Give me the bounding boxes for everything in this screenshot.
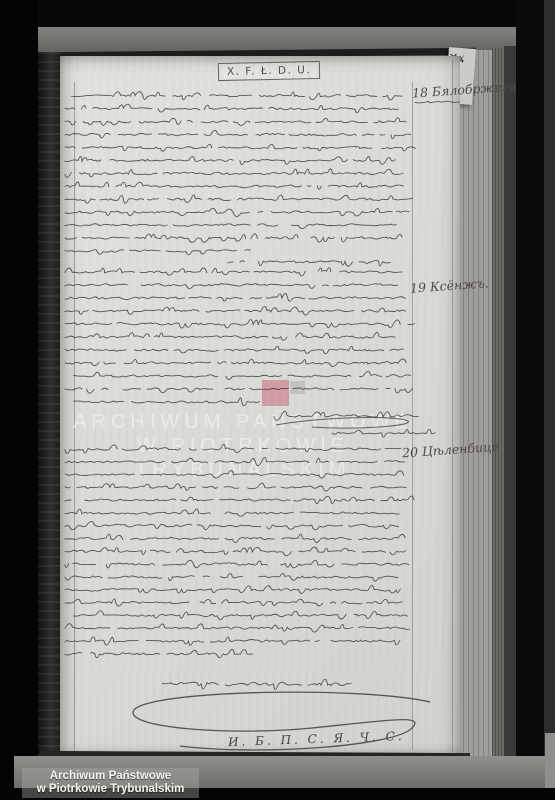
page-stack-edge (458, 50, 492, 756)
handwriting-line (64, 250, 259, 255)
handwriting-line (65, 471, 405, 479)
handwritten-text-ink (60, 56, 460, 756)
handwriting-line (64, 307, 406, 316)
handwriting-line (71, 92, 403, 100)
handwriting-line (64, 195, 413, 203)
handwriting-line (64, 637, 400, 646)
handwriting-line (64, 521, 399, 529)
handwriting-line (64, 560, 409, 568)
handwriting-line (161, 679, 352, 689)
handwriting-line (415, 101, 460, 103)
surface-patch-bottom-right (545, 733, 555, 790)
handwriting-line (64, 234, 402, 243)
handwriting-line (64, 104, 399, 112)
page-stack-edge-dark (492, 48, 504, 758)
handwriting-line (73, 371, 411, 379)
archive-caption-line-1: Archiwum Państwowe (22, 770, 199, 783)
handwriting-line (64, 224, 396, 229)
handwriting-line (65, 599, 403, 606)
handwriting-line (64, 649, 258, 657)
handwriting-line (65, 359, 407, 367)
handwriting-line (64, 483, 406, 491)
handwriting-line (64, 457, 405, 465)
handwriting-line (64, 444, 401, 453)
handwriting-line (64, 586, 400, 594)
register-page: X. F. Ł. D. U. ARCHIWUM PAŃSTWOWE W PIOT… (60, 56, 460, 756)
handwriting-line (64, 268, 402, 276)
handwriting-line (64, 547, 406, 556)
handwriting-line (64, 624, 410, 632)
archive-caption: Archiwum Państwowe w Piotrkowie Trybunal… (22, 768, 199, 798)
handwriting-line (64, 169, 403, 178)
handwriting-line (64, 388, 412, 394)
book-cover-edge (504, 46, 516, 758)
handwriting-line (64, 346, 404, 353)
handwriting-line (64, 118, 407, 126)
handwriting-line (65, 182, 404, 189)
handwriting-line (65, 509, 401, 516)
handwriting-line (73, 611, 408, 620)
archival-photo: 4x X. F. Ł. D. U. ARCHIWUM PAŃSTWOWE W P… (0, 0, 555, 800)
handwriting-line (64, 144, 415, 151)
handwriting-line (331, 429, 443, 437)
book-spine-edge (38, 52, 62, 758)
signature-underline-flourish (276, 418, 408, 429)
handwriting-line (65, 332, 396, 340)
handwriting-line (64, 208, 409, 216)
handwriting-line (65, 284, 405, 289)
background-right (516, 0, 544, 800)
handwriting-line (64, 156, 395, 164)
handwriting-line (64, 534, 405, 542)
background-left (0, 0, 38, 800)
handwriting-line (65, 496, 415, 504)
handwriting-line (65, 293, 406, 301)
background-right-strip (544, 0, 555, 800)
handwriting-line (227, 260, 390, 266)
handwriting-line (64, 573, 398, 581)
handwriting-line (73, 398, 260, 406)
archive-caption-line-2: w Piotrkowie Trybunalskim (22, 783, 199, 796)
handwriting-line (64, 320, 415, 328)
handwriting-line (64, 130, 411, 138)
